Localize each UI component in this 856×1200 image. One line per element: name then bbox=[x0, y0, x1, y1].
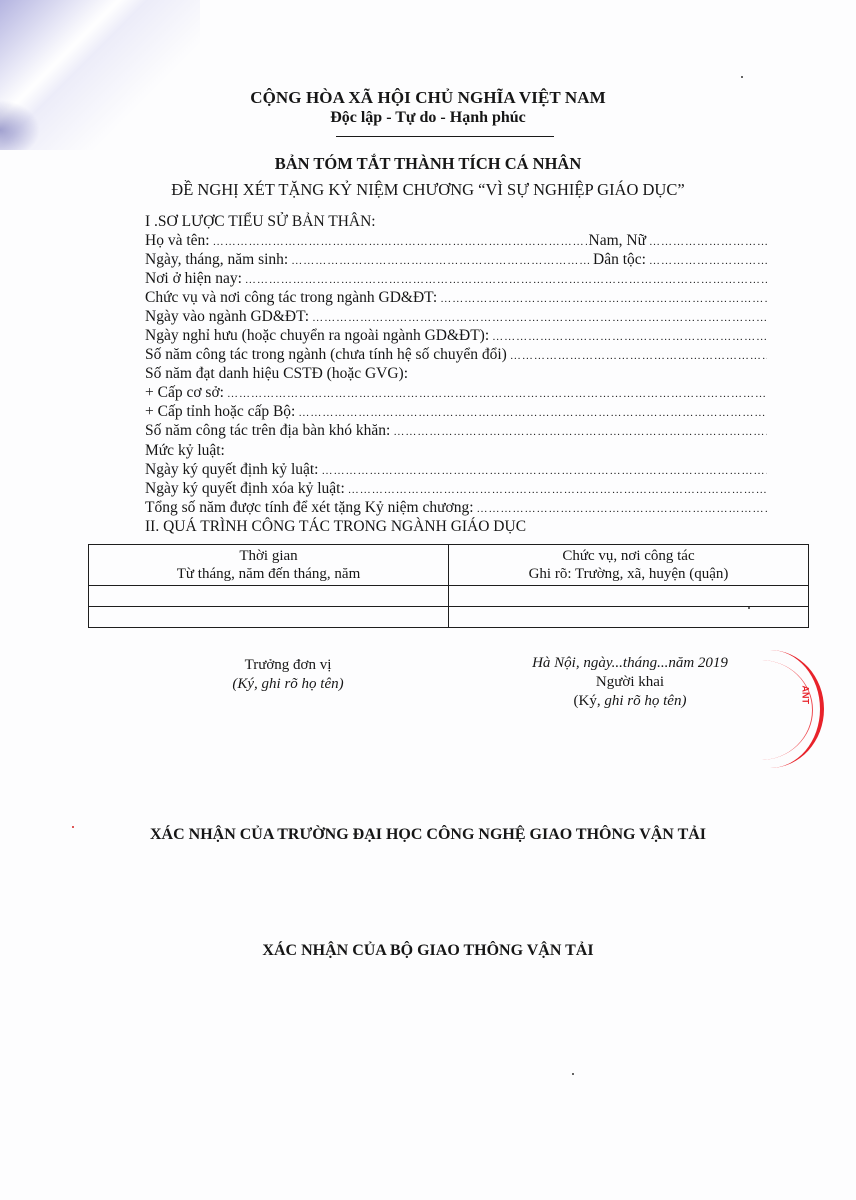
column-header-time-subtitle: Từ tháng, năm đến tháng, năm bbox=[89, 565, 448, 583]
national-title: CỘNG HÒA XÃ HỘI CHỦ NGHĨA VIỆT NAM bbox=[0, 88, 856, 108]
unit-head-sign-note: (Ký, ghi rõ họ tên) bbox=[168, 675, 408, 694]
discipline-level-label: Mức kỷ luật: bbox=[145, 441, 225, 460]
level-base-label: + Cấp cơ sở: bbox=[145, 383, 224, 402]
discipline-removed-field[interactable] bbox=[345, 481, 767, 498]
residence-label: Nơi ở hiện nay: bbox=[145, 269, 242, 288]
total-years-field[interactable] bbox=[474, 500, 768, 517]
stamp-letters: ANT bbox=[800, 686, 811, 698]
hardship-years-field[interactable] bbox=[390, 423, 767, 440]
dob-label: Ngày, tháng, năm sinh: bbox=[145, 250, 288, 269]
scan-speck bbox=[572, 1073, 574, 1075]
section-1-heading: I .SƠ LƯỢC TIỂU SỬ BẢN THÂN: bbox=[145, 212, 376, 231]
field-position-row: Chức vụ và nơi công tác trong ngành GD&Đ… bbox=[145, 288, 767, 307]
ethnicity-field[interactable] bbox=[646, 252, 767, 269]
level-province-label: + Cấp tỉnh hoặc cấp Bộ: bbox=[145, 402, 295, 421]
column-header-time-title: Thời gian bbox=[89, 547, 448, 565]
section-2-heading: II. QUÁ TRÌNH CÔNG TÁC TRONG NGÀNH GIÁO … bbox=[145, 517, 526, 536]
residence-field[interactable] bbox=[242, 271, 767, 288]
national-motto: Độc lập - Tự do - Hạnh phúc bbox=[0, 109, 856, 127]
full-name-field[interactable] bbox=[210, 233, 587, 250]
hardship-years-label: Số năm công tác trên địa bàn khó khăn: bbox=[145, 421, 390, 440]
full-name-label: Họ và tên: bbox=[145, 231, 210, 250]
signature-block-unit-head: Trưởng đơn vị (Ký, ghi rõ họ tên) bbox=[168, 656, 408, 694]
table-cell-time[interactable] bbox=[89, 607, 449, 628]
declarant-sign-note: (Ký, ghi rõ họ tên) bbox=[490, 692, 770, 711]
signature-block-declarant: Hà Nội, ngày...tháng...năm 2019 Người kh… bbox=[490, 654, 770, 711]
table-cell-position[interactable] bbox=[449, 586, 809, 607]
field-join-date-row: Ngày vào ngành GD&ĐT: bbox=[145, 307, 767, 326]
table-cell-time[interactable] bbox=[89, 586, 449, 607]
ethnicity-label: Dân tộc: bbox=[591, 250, 646, 269]
declarant-sign-note-rest: ghi rõ họ tên) bbox=[604, 693, 686, 709]
table-cell-position[interactable] bbox=[449, 607, 809, 628]
scan-speck bbox=[748, 607, 750, 609]
discipline-date-label: Ngày ký quyết định kỷ luật: bbox=[145, 460, 319, 479]
gender-field[interactable] bbox=[646, 233, 767, 250]
field-discipline-date-row: Ngày ký quyết định kỷ luật: bbox=[145, 460, 767, 479]
position-label: Chức vụ và nơi công tác trong ngành GD&Đ… bbox=[145, 288, 437, 307]
field-level-base-row: + Cấp cơ sở: bbox=[145, 383, 767, 402]
field-level-province-row: + Cấp tỉnh hoặc cấp Bộ: bbox=[145, 402, 767, 421]
scan-speck bbox=[741, 76, 743, 78]
unit-head-title: Trưởng đơn vị bbox=[168, 656, 408, 675]
table-header-row: Thời gian Từ tháng, năm đến tháng, năm C… bbox=[89, 545, 809, 586]
total-years-label: Tổng số năm được tính để xét tặng Kỷ niệ… bbox=[145, 498, 474, 517]
join-date-label: Ngày vào ngành GD&ĐT: bbox=[145, 307, 309, 326]
column-header-time: Thời gian Từ tháng, năm đến tháng, năm bbox=[89, 545, 449, 586]
years-in-sector-label: Số năm công tác trong ngành (chưa tính h… bbox=[145, 345, 507, 364]
emulation-years-label: Số năm đạt danh hiệu CSTĐ (hoặc GVG): bbox=[145, 364, 408, 383]
column-header-position: Chức vụ, nơi công tác Ghi rõ: Trường, xã… bbox=[449, 545, 809, 586]
work-history-table: Thời gian Từ tháng, năm đến tháng, năm C… bbox=[88, 544, 809, 628]
position-field[interactable] bbox=[437, 290, 767, 307]
field-retire-date-row: Ngày nghỉ hưu (hoặc chuyển ra ngoài ngàn… bbox=[145, 326, 767, 345]
column-header-position-title: Chức vụ, nơi công tác bbox=[449, 547, 808, 565]
years-in-sector-field[interactable] bbox=[507, 347, 767, 364]
field-full-name-row: Họ và tên: Nam, Nữ bbox=[145, 231, 767, 250]
field-years-in-sector-row: Số năm công tác trong ngành (chưa tính h… bbox=[145, 345, 767, 364]
join-date-field[interactable] bbox=[309, 309, 767, 326]
place-and-date: Hà Nội, ngày...tháng...năm 2019 bbox=[490, 654, 770, 673]
dob-field[interactable] bbox=[288, 252, 591, 269]
ministry-confirmation-heading: XÁC NHẬN CỦA BỘ GIAO THÔNG VẬN TẢI bbox=[0, 942, 856, 960]
discipline-date-field[interactable] bbox=[319, 462, 768, 479]
table-row bbox=[89, 586, 809, 607]
field-hardship-years-row: Số năm công tác trên địa bàn khó khăn: bbox=[145, 421, 767, 440]
scan-speck bbox=[72, 826, 74, 828]
red-seal-stamp: ANT bbox=[746, 650, 856, 770]
field-total-years-row: Tổng số năm được tính để xét tặng Kỷ niệ… bbox=[145, 498, 767, 517]
table-row bbox=[89, 607, 809, 628]
document-title: BẢN TÓM TẮT THÀNH TÍCH CÁ NHÂN bbox=[0, 154, 856, 174]
university-confirmation-heading: XÁC NHẬN CỦA TRƯỜNG ĐẠI HỌC CÔNG NGHỆ GI… bbox=[0, 826, 856, 844]
declarant-sign-note-prefix: (Ký, bbox=[574, 693, 605, 709]
level-base-field[interactable] bbox=[224, 385, 767, 402]
discipline-removed-label: Ngày ký quyết định xóa kỷ luật: bbox=[145, 479, 345, 498]
field-discipline-removed-row: Ngày ký quyết định xóa kỷ luật: bbox=[145, 479, 767, 498]
level-province-field[interactable] bbox=[295, 404, 767, 421]
retire-date-field[interactable] bbox=[489, 328, 767, 345]
gender-label: Nam, Nữ bbox=[587, 231, 646, 250]
header-underline bbox=[336, 136, 554, 137]
document-subtitle: ĐỀ NGHỊ XÉT TẶNG KỶ NIỆM CHƯƠNG “VÌ SỰ N… bbox=[0, 180, 856, 200]
column-header-position-subtitle: Ghi rõ: Trường, xã, huyện (quận) bbox=[449, 565, 808, 583]
retire-date-label: Ngày nghỉ hưu (hoặc chuyển ra ngoài ngàn… bbox=[145, 326, 489, 345]
field-dob-row: Ngày, tháng, năm sinh: Dân tộc: bbox=[145, 250, 767, 269]
field-residence-row: Nơi ở hiện nay: bbox=[145, 269, 767, 288]
declarant-title: Người khai bbox=[490, 673, 770, 692]
